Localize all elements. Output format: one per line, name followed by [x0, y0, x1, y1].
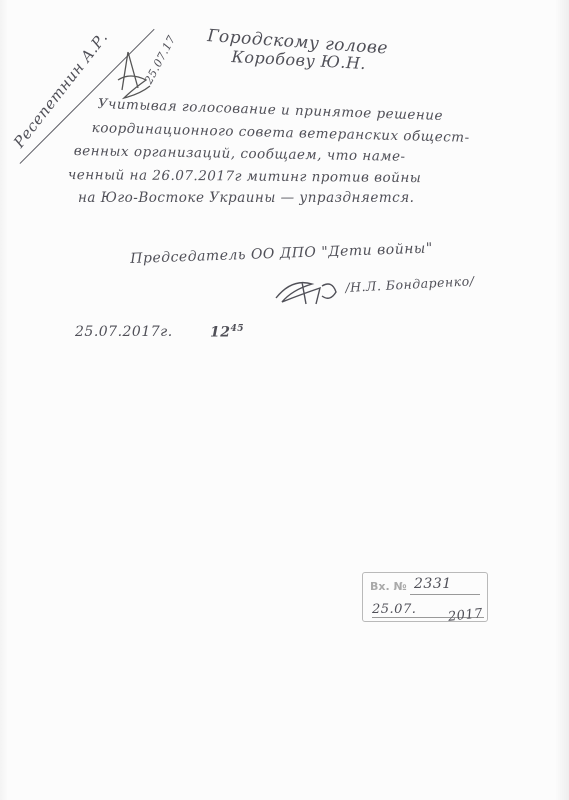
stamp-number: 2331 [414, 576, 452, 592]
stamp-date: 25.07. [372, 602, 416, 617]
stamp-number-underline [410, 594, 480, 595]
body-line: ченный на 26.07.2017г митинг против войн… [68, 167, 421, 186]
time-minutes: 45 [230, 324, 244, 334]
time-hour: 12 [210, 325, 230, 341]
letter-time: 1245 [210, 324, 244, 341]
stamp-label: Вх. № [370, 580, 407, 593]
letter-date: 25.07.2017г. [75, 324, 173, 340]
scanned-letter-page [0, 0, 569, 800]
body-line: на Юго-Востоке Украины — упраздняется. [78, 190, 414, 206]
signature-icon [272, 274, 342, 308]
